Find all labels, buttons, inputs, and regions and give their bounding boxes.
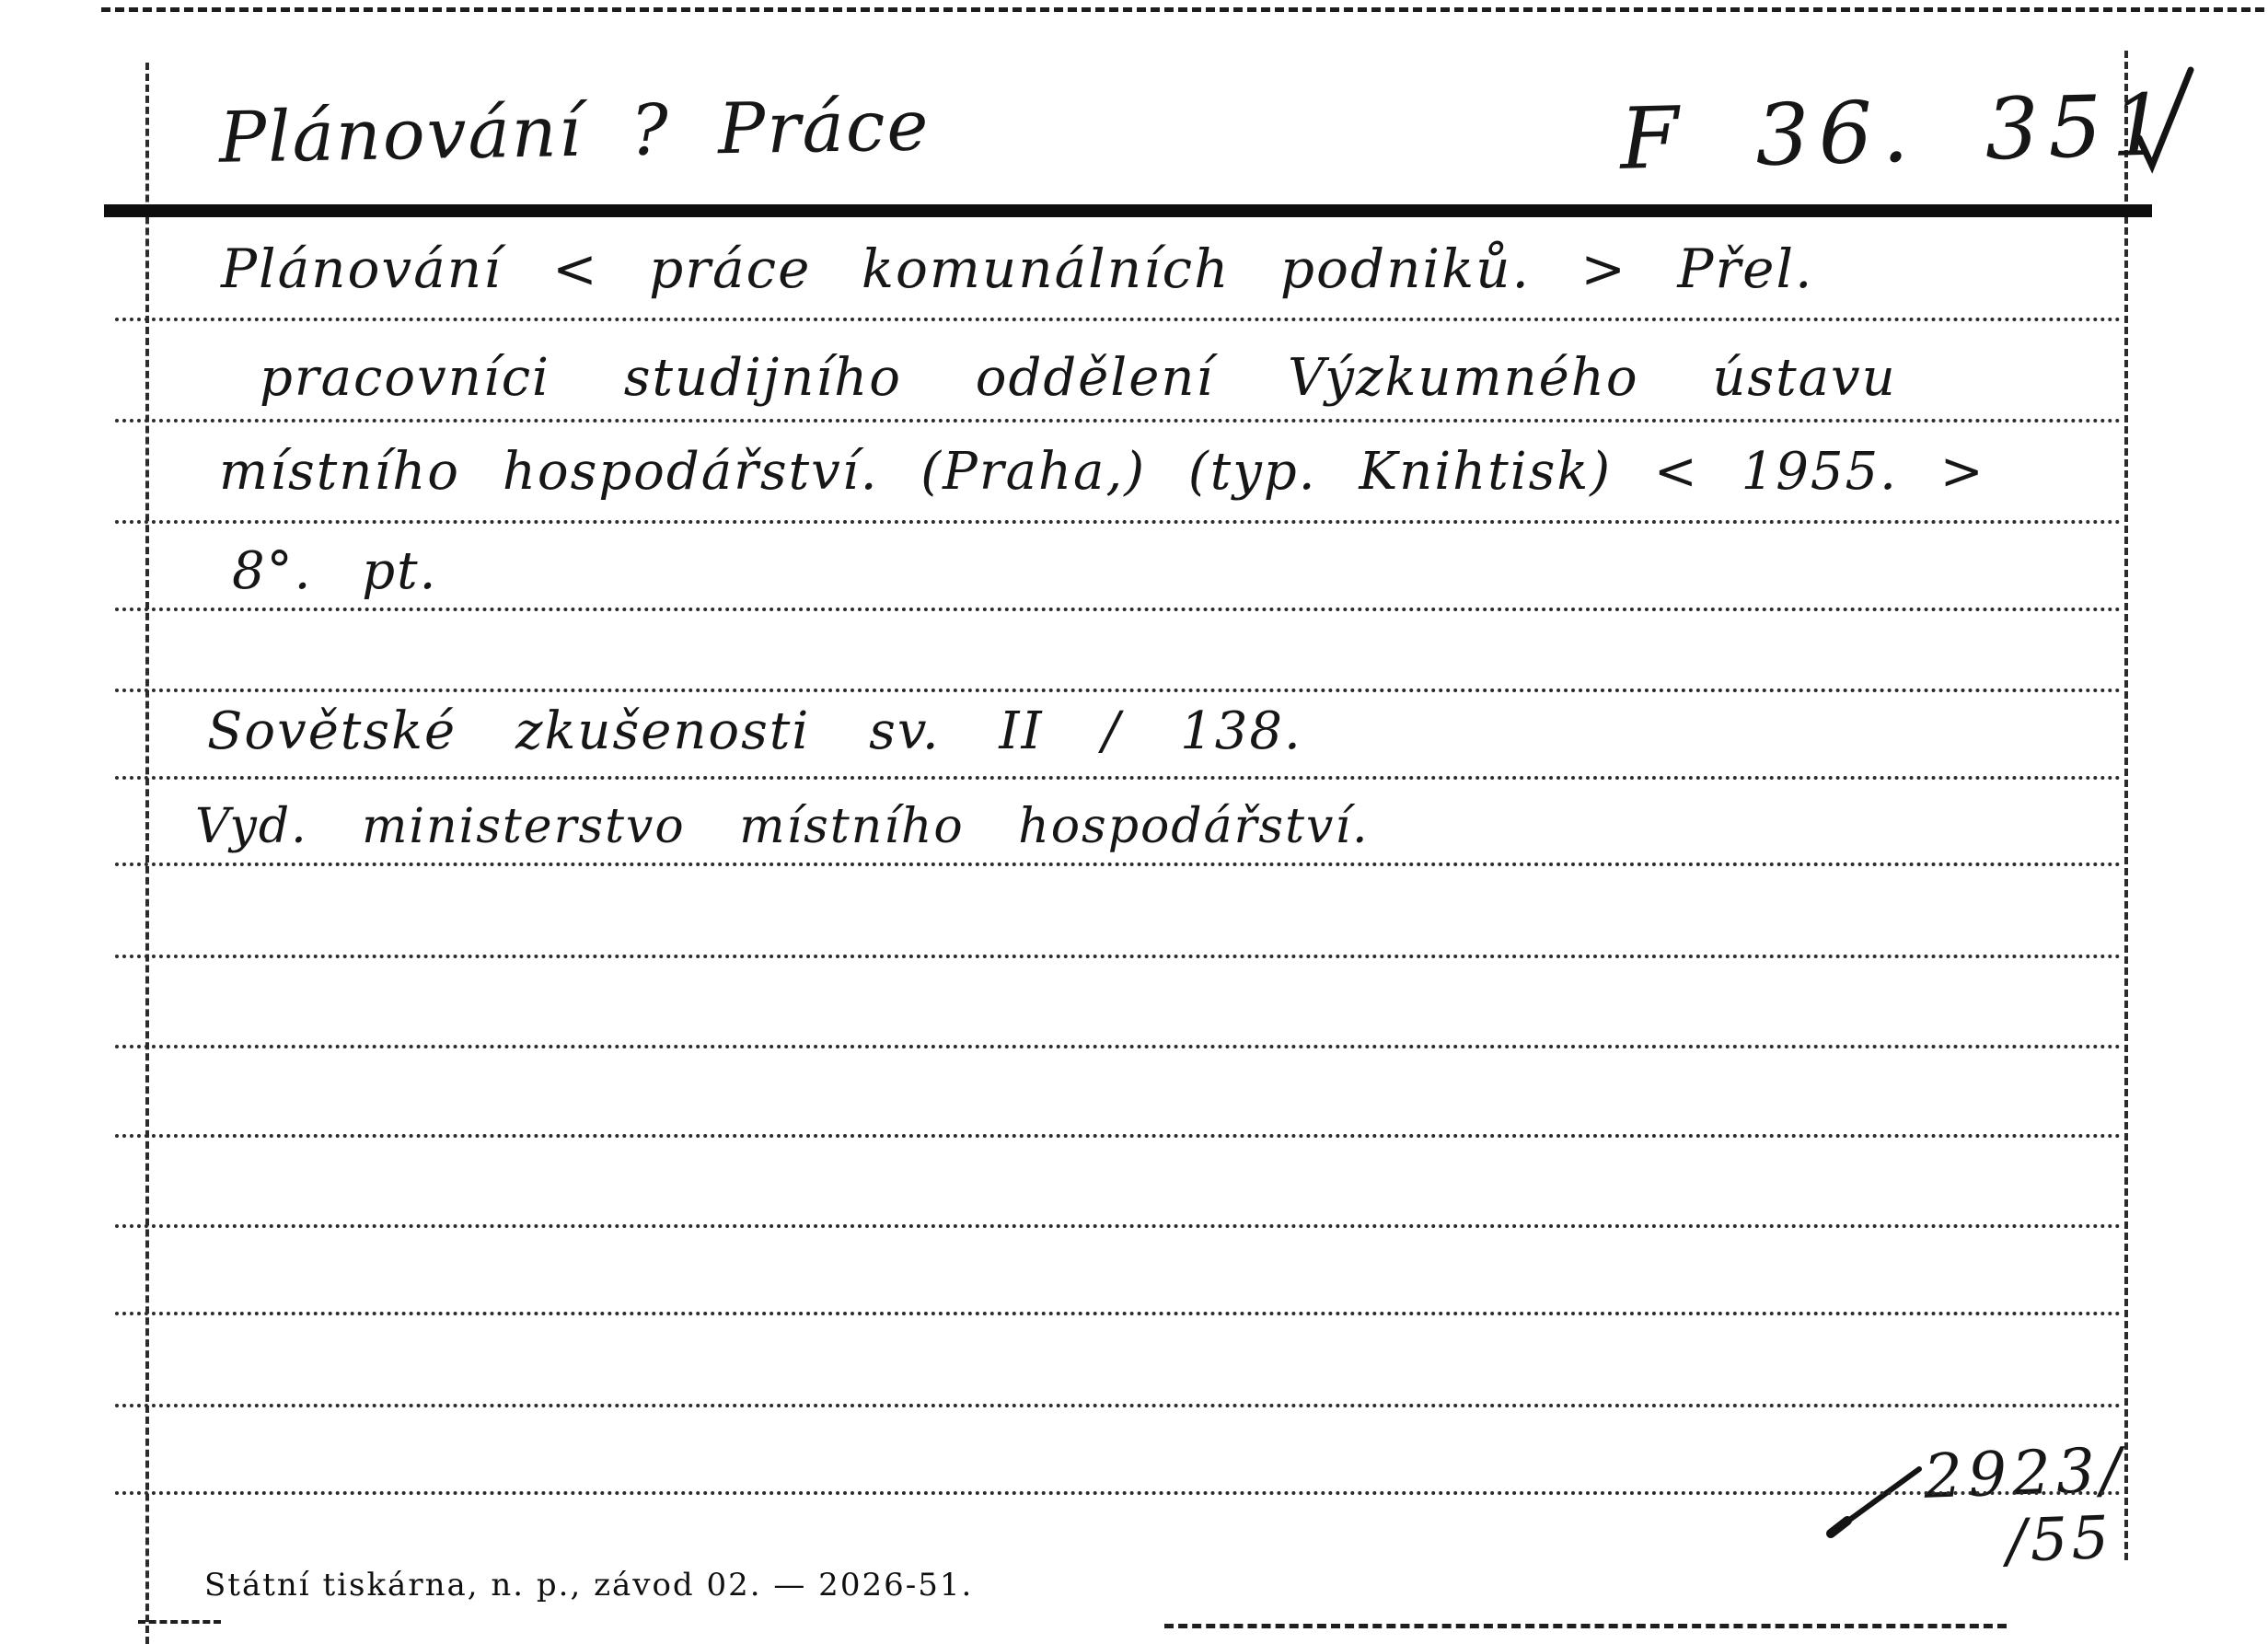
ruled-line <box>115 689 2122 692</box>
accession-number-numerator: 2923/ <box>1923 1434 2128 1512</box>
ruled-line <box>115 608 2122 611</box>
entry-line-3: místního hospodářství. (Praha,) (typ. Kn… <box>219 442 1985 502</box>
ruled-line <box>115 1224 2122 1228</box>
catalog-card: Plánování ? Práce F 36. 351 Plánování < … <box>0 0 2268 1644</box>
bottom-edge-scan-artifact-left <box>138 1620 221 1624</box>
ruled-line <box>115 776 2122 780</box>
ruled-line <box>115 1404 2122 1407</box>
ruled-line <box>115 1312 2122 1315</box>
right-margin-line <box>2124 51 2128 1560</box>
entry-line-4: 8°. pt. <box>232 541 437 601</box>
subject-heading: Plánování ? Práce <box>218 84 931 178</box>
printer-imprint: Státní tiskárna, n. p., závod 02. — 2026… <box>204 1567 973 1603</box>
publisher-note: Vyd. ministerstvo místního hospodářství. <box>195 799 1370 854</box>
entry-line-2: pracovníci studijního oddělení Výzkumnéh… <box>260 348 1897 408</box>
check-slash-icon <box>1827 1462 1928 1539</box>
accession-number-denominator: /55 <box>2006 1504 2114 1576</box>
ruled-line <box>115 1491 2122 1495</box>
bottom-edge-scan-artifact-right <box>1164 1624 2007 1628</box>
top-edge-scan-artifact <box>101 7 2264 12</box>
header-divider <box>104 204 2152 217</box>
entry-line-1: Plánování < práce komunálních podniků. >… <box>221 237 1813 300</box>
ruled-line <box>115 955 2122 958</box>
checkmark-icon <box>2134 63 2204 188</box>
ruled-line <box>115 863 2122 866</box>
series-note: Sovětské zkušenosti sv. II / 138. <box>207 701 1302 761</box>
ruled-line <box>115 318 2122 321</box>
ruled-line <box>115 520 2122 524</box>
ruled-line <box>115 419 2122 423</box>
ruled-line <box>115 1134 2122 1138</box>
call-number: F 36. 351 <box>1619 75 2176 189</box>
ruled-line <box>115 1045 2122 1048</box>
